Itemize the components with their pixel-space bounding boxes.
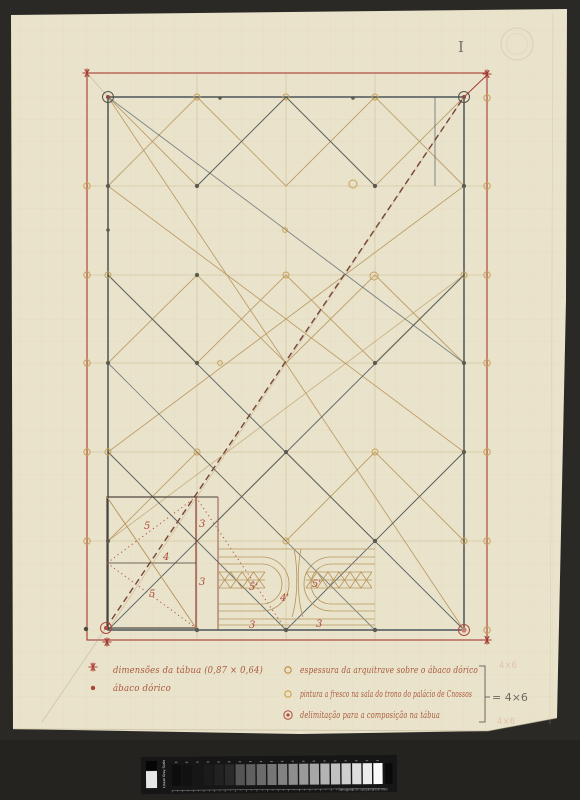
gray-patch	[342, 763, 351, 784]
patch-value-mark	[334, 760, 337, 761]
module-number: 3	[316, 619, 322, 630]
gray-patch	[225, 764, 234, 785]
patch-value-mark	[185, 762, 188, 763]
scale-note-ghost-bottom: 4×6	[497, 717, 515, 727]
patch-value-mark	[175, 762, 178, 763]
gray-patch	[204, 764, 213, 785]
red-dot-symbol	[91, 686, 95, 690]
patch-value-mark	[196, 762, 199, 763]
patch-value-mark	[376, 760, 379, 761]
patch-value-mark	[281, 761, 284, 762]
legend-item-delimitation: delimitação para a composição na tábua	[284, 710, 440, 721]
patch-value-mark	[302, 761, 305, 762]
module-number: 3	[199, 577, 205, 588]
module-number: 5	[149, 589, 155, 600]
legend-item-fresco: pintura a fresco na sala do trono do pal…	[285, 689, 472, 700]
patch-value-mark	[366, 760, 369, 761]
calibration-footer: Designed in cooperation with	[338, 787, 388, 791]
calibration-title: Linear Gray Scale	[162, 760, 166, 788]
legend-label: dimensões da tábua (0,87 × 0,64)	[113, 665, 263, 676]
gray-patch	[236, 764, 245, 785]
munsell-logo-block	[146, 761, 157, 770]
red-double-circle-center	[286, 713, 289, 716]
patch-value-mark	[228, 761, 231, 762]
plate-numeral: I	[458, 38, 464, 56]
patch-value-mark	[323, 761, 326, 762]
gray-patch	[310, 764, 319, 785]
module-number: 4'	[279, 593, 289, 604]
gray-patch	[172, 765, 181, 786]
patch-value-mark	[344, 760, 347, 761]
calibration-bar: Munsell Linear Gray Scale Designed in co…	[141, 755, 397, 794]
patch-value-mark	[238, 761, 241, 762]
gray-patch	[246, 764, 255, 785]
patch-value-mark	[355, 760, 358, 761]
gray-patch	[257, 764, 266, 785]
gray-patch	[352, 763, 361, 784]
patch-value-mark	[217, 761, 220, 762]
calibration-brand: Munsell	[149, 775, 153, 787]
module-number: 3	[199, 519, 205, 530]
gray-patch	[193, 765, 202, 786]
module-number: 5'	[249, 582, 258, 593]
patch-value-mark	[249, 761, 252, 762]
corner-dot	[84, 627, 88, 631]
patch-value-mark	[207, 762, 210, 763]
patch-value-mark	[270, 761, 273, 762]
patch-value-mark	[313, 761, 316, 762]
gray-patch	[183, 765, 192, 786]
scale-note-ghost-top: 4×6	[499, 661, 517, 671]
module-number: 5'	[312, 579, 321, 590]
patch-value-mark	[291, 761, 294, 762]
gray-patch	[278, 764, 287, 785]
legend-label: ábaco dórico	[113, 683, 171, 694]
patch-value-mark	[260, 761, 263, 762]
gray-patch	[299, 764, 308, 785]
scale-note: = 4×6	[492, 691, 528, 704]
legend-label: pintura a fresco na sala do trono do pal…	[300, 689, 472, 700]
scanned-plate: 5 4 5 3 3 3 3 5' 4' 5' I dimensões da tá…	[0, 0, 580, 800]
module-number: 4	[162, 552, 169, 563]
gray-patch	[363, 763, 372, 784]
gray-patch	[373, 763, 382, 784]
legend-item-dimensions: dimensões da tábua (0,87 × 0,64)	[89, 663, 264, 677]
gray-patch	[289, 764, 298, 785]
legend-label: delimitação para a composição na tábua	[300, 710, 440, 721]
gray-patch	[331, 763, 340, 784]
legend-label: espessura da arquitrave sobre o ábaco dó…	[300, 665, 478, 676]
gray-patch-end	[385, 763, 393, 784]
gray-patch	[320, 763, 329, 784]
module-number: 5	[144, 521, 150, 532]
gray-patch	[267, 764, 276, 785]
legend-item-architrave: espessura da arquitrave sobre o ábaco dó…	[285, 665, 478, 676]
module-number: 3	[249, 620, 255, 631]
gray-patch	[214, 764, 223, 785]
